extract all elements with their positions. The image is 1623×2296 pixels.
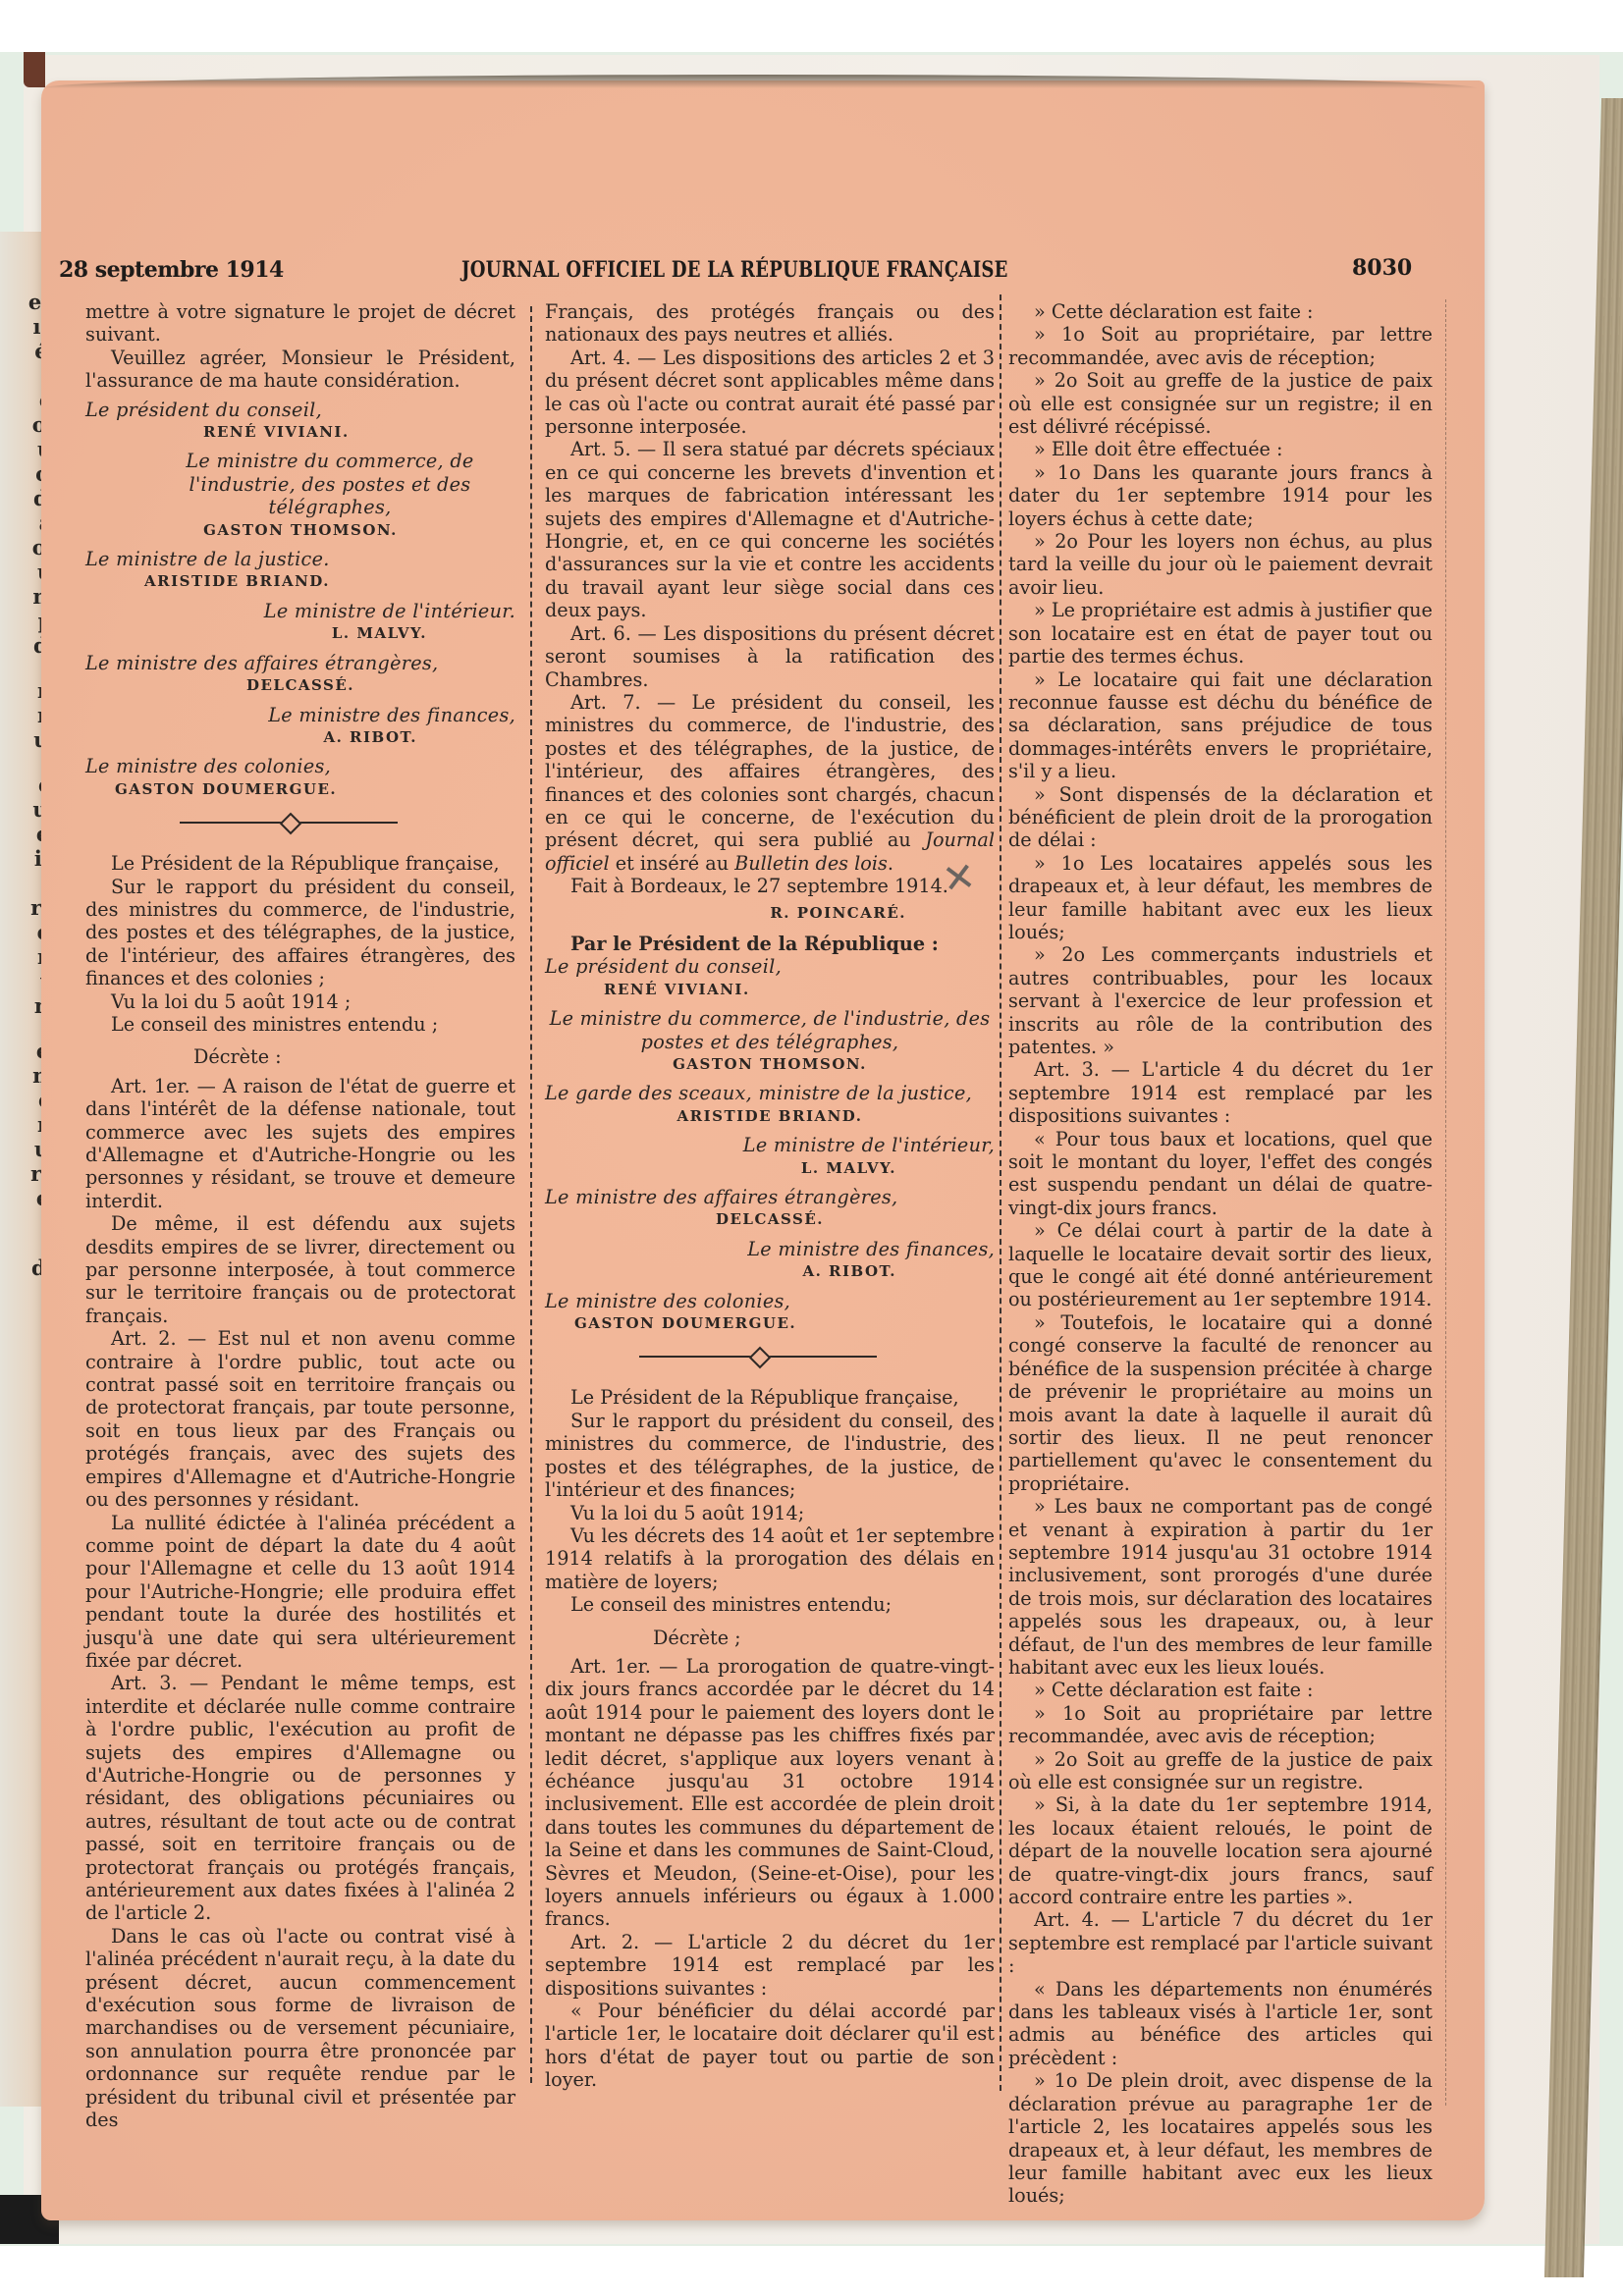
paragraph: » Cette déclaration est faite :	[1008, 1679, 1433, 1701]
signature-block: Le président du conseil, RENÉ VIVIANI. L…	[85, 399, 515, 802]
signature-title: Le ministre de la justice.	[85, 548, 515, 570]
paragraph: Sur le rapport du président du conseil, …	[545, 1410, 995, 1502]
article-paragraph: Art. 4. — Les dispositions des articles …	[545, 347, 995, 439]
article-paragraph: Art. 2. — L'article 2 du décret du 1er s…	[545, 1931, 995, 2000]
article-paragraph: Art. 4. — L'article 7 du décret du 1er s…	[1008, 1908, 1433, 1977]
header-title: JOURNAL OFFICIEL DE LA RÉPUBLIQUE FRANÇA…	[461, 257, 1008, 283]
article-7-text: Art. 7. — Le président du conseil, les m…	[545, 691, 995, 851]
signature-title: Le ministre des colonies,	[545, 1290, 995, 1312]
paragraph: Vu la loi du 5 août 1914;	[545, 1502, 995, 1524]
paragraph: » Le locataire qui fait une déclaration …	[1008, 668, 1433, 783]
column-rule-2	[1000, 294, 1001, 2091]
paragraph: » Sont dispensés de la déclaration et bé…	[1008, 783, 1433, 852]
signature-name: GASTON DOUMERGUE.	[545, 1312, 995, 1335]
separator-diamond-icon	[280, 813, 302, 835]
column-2: Français, des protégés français ou des n…	[545, 300, 995, 2092]
article-paragraph: De même, il est défendu aux sujets desdi…	[85, 1212, 515, 1327]
header-page-number: 8030	[1352, 255, 1412, 281]
paragraph: » 2o Les commerçants industriels et autr…	[1008, 943, 1433, 1058]
signature-title: Le ministre du commerce, de l'industrie,…	[85, 450, 515, 518]
signature-name: RENÉ VIVIANI.	[85, 421, 515, 444]
paragraph: » Le propriétaire est admis à justifier …	[1008, 599, 1433, 667]
paragraph: » 2o Soit au greffe de la justice de pai…	[1008, 1748, 1433, 1794]
paragraph: » 1o Soit au propriétaire, par lettre re…	[1008, 323, 1433, 369]
paragraph: » Si, à la date du 1er septembre 1914, l…	[1008, 1793, 1433, 1908]
paragraph: » 1o De plein droit, avec dispense de la…	[1008, 2069, 1433, 2207]
signature-name: GASTON THOMSON.	[545, 1053, 995, 1076]
signature-name: ARISTIDE BRIAND.	[545, 1105, 995, 1128]
signature-title: Le ministre des affaires étrangères,	[545, 1186, 995, 1208]
article-7-paragraph: Art. 7. — Le président du conseil, les m…	[545, 691, 995, 875]
article-paragraph: Art. 5. — Il sera statué par décrets spé…	[545, 438, 995, 621]
signature-name: RENÉ VIVIANI.	[545, 979, 995, 1001]
ornamental-separator	[545, 1345, 995, 1368]
paragraph: mettre à votre signature le projet de dé…	[85, 300, 515, 347]
paragraph: « Dans les départements non énumérés dan…	[1008, 1978, 1433, 2070]
decrete-heading: Décrète :	[85, 1045, 515, 1068]
fait-line: Fait à Bordeaux, le 27 septembre 1914.	[545, 875, 995, 897]
article-paragraph: Art. 3. — Pendant le même temps, est int…	[85, 1672, 515, 1924]
column-rule-1	[530, 306, 532, 2083]
signature-name: DELCASSÉ.	[545, 1208, 995, 1231]
signature-title: Le président du conseil,	[545, 955, 995, 978]
article-paragraph: Art. 6. — Les dispositions du présent dé…	[545, 622, 995, 691]
signature-name: ARISTIDE BRIAND.	[85, 570, 515, 593]
header-date: 28 septembre 1914	[59, 257, 284, 283]
signature-name: L. MALVY.	[545, 1157, 995, 1180]
article-paragraph: Art. 2. — Est nul et non avenu comme con…	[85, 1327, 515, 1511]
signature-title: Le président du conseil,	[85, 399, 515, 421]
column-3: » Cette déclaration est faite :» 1o Soit…	[1008, 300, 1433, 2208]
signature-name: GASTON THOMSON.	[85, 519, 515, 542]
paragraph: » 2o Soit au greffe de la justice de pai…	[1008, 369, 1433, 438]
paragraph: Le conseil des ministres entendu;	[545, 1593, 995, 1616]
paragraph: » 2o Pour les loyers non échus, au plus …	[1008, 530, 1433, 599]
signature-title: Le ministre des finances,	[545, 1238, 995, 1260]
signature-name: A. RIBOT.	[85, 726, 515, 749]
signature-name: GASTON DOUMERGUE.	[85, 778, 515, 801]
paragraph: » 1o Dans les quarante jours francs à da…	[1008, 461, 1433, 530]
paragraph: « Pour tous baux et locations, quel que …	[1008, 1128, 1433, 1220]
par-le-president: Par le Président de la République :	[545, 933, 995, 955]
article-paragraph: Dans le cas où l'acte ou contrat visé à …	[85, 1925, 515, 2132]
article-paragraph: Français, des protégés français ou des n…	[545, 300, 995, 347]
paragraph: Sur le rapport du président du conseil, …	[85, 876, 515, 990]
paragraph: Vu la loi du 5 août 1914 ;	[85, 990, 515, 1013]
paragraph: Le conseil des ministres entendu ;	[85, 1013, 515, 1036]
binding-corner	[24, 52, 45, 87]
article-7-text: et inséré au	[610, 852, 734, 875]
ornamental-separator	[85, 811, 515, 834]
article-paragraph: La nullité édictée à l'alinéa précédent …	[85, 1512, 515, 1673]
pencil-cross-mark: ✕	[940, 854, 979, 903]
article-paragraph: Art. 3. — L'article 4 du décret du 1er s…	[1008, 1058, 1433, 1127]
signature-name: L. MALVY.	[85, 622, 515, 645]
signature-title: Le ministre de l'intérieur.	[85, 600, 515, 622]
signature-title: Le ministre du commerce, de l'industrie,…	[545, 1007, 995, 1053]
signature-name: A. RIBOT.	[545, 1260, 995, 1283]
separator-diamond-icon	[749, 1347, 772, 1369]
paragraph: » Elle doit être effectuée :	[1008, 438, 1433, 460]
decrete-heading: Décrète ;	[545, 1627, 995, 1649]
signature-title: Le ministre de l'intérieur,	[545, 1134, 995, 1156]
paragraph: » 1o Soit au propriétaire par lettre rec…	[1008, 1702, 1433, 1748]
signature-name: DELCASSÉ.	[85, 674, 515, 697]
paragraph: » Ce délai court à partir de la date à l…	[1008, 1219, 1433, 1311]
column-1: mettre à votre signature le projet de dé…	[85, 300, 515, 2131]
paragraph: Le Président de la République française,	[85, 852, 515, 875]
article-paragraph: « Pour bénéficier du délai accordé par l…	[545, 2000, 995, 2092]
paragraph: Veuillez agréer, Monsieur le Président, …	[85, 347, 515, 393]
article-paragraph: Art. 1er. — A raison de l'état de guerre…	[85, 1075, 515, 1212]
article-7-text: .	[888, 852, 893, 875]
paragraph: » Cette déclaration est faite :	[1008, 300, 1433, 323]
paragraph: » Toutefois, le locataire qui a donné co…	[1008, 1311, 1433, 1495]
signature-block: Le président du conseil, RENÉ VIVIANI. L…	[545, 955, 995, 1335]
signature-title: Le ministre des affaires étrangères,	[85, 652, 515, 674]
running-header: 28 septembre 1914 JOURNAL OFFICIEL DE LA…	[59, 253, 1414, 293]
signature-title: Le ministre des finances,	[85, 704, 515, 726]
paragraph: » Les baux ne comportant pas de congé et…	[1008, 1495, 1433, 1679]
signature-title: Le garde des sceaux, ministre de la just…	[545, 1082, 995, 1104]
signature-title: Le ministre des colonies,	[85, 755, 515, 777]
paragraph: » 1o Les locataires appelés sous les dra…	[1008, 852, 1433, 944]
article-paragraph: Art. 1er. — La prorogation de quatre-vin…	[545, 1655, 995, 1931]
bulletin-des-lois-ref: Bulletin des lois	[734, 852, 888, 875]
paragraph: Le Président de la République française,	[545, 1386, 995, 1409]
president-signature: R. POINCARÉ.	[545, 902, 995, 925]
paragraph: Vu les décrets des 14 août et 1er septem…	[545, 1524, 995, 1593]
